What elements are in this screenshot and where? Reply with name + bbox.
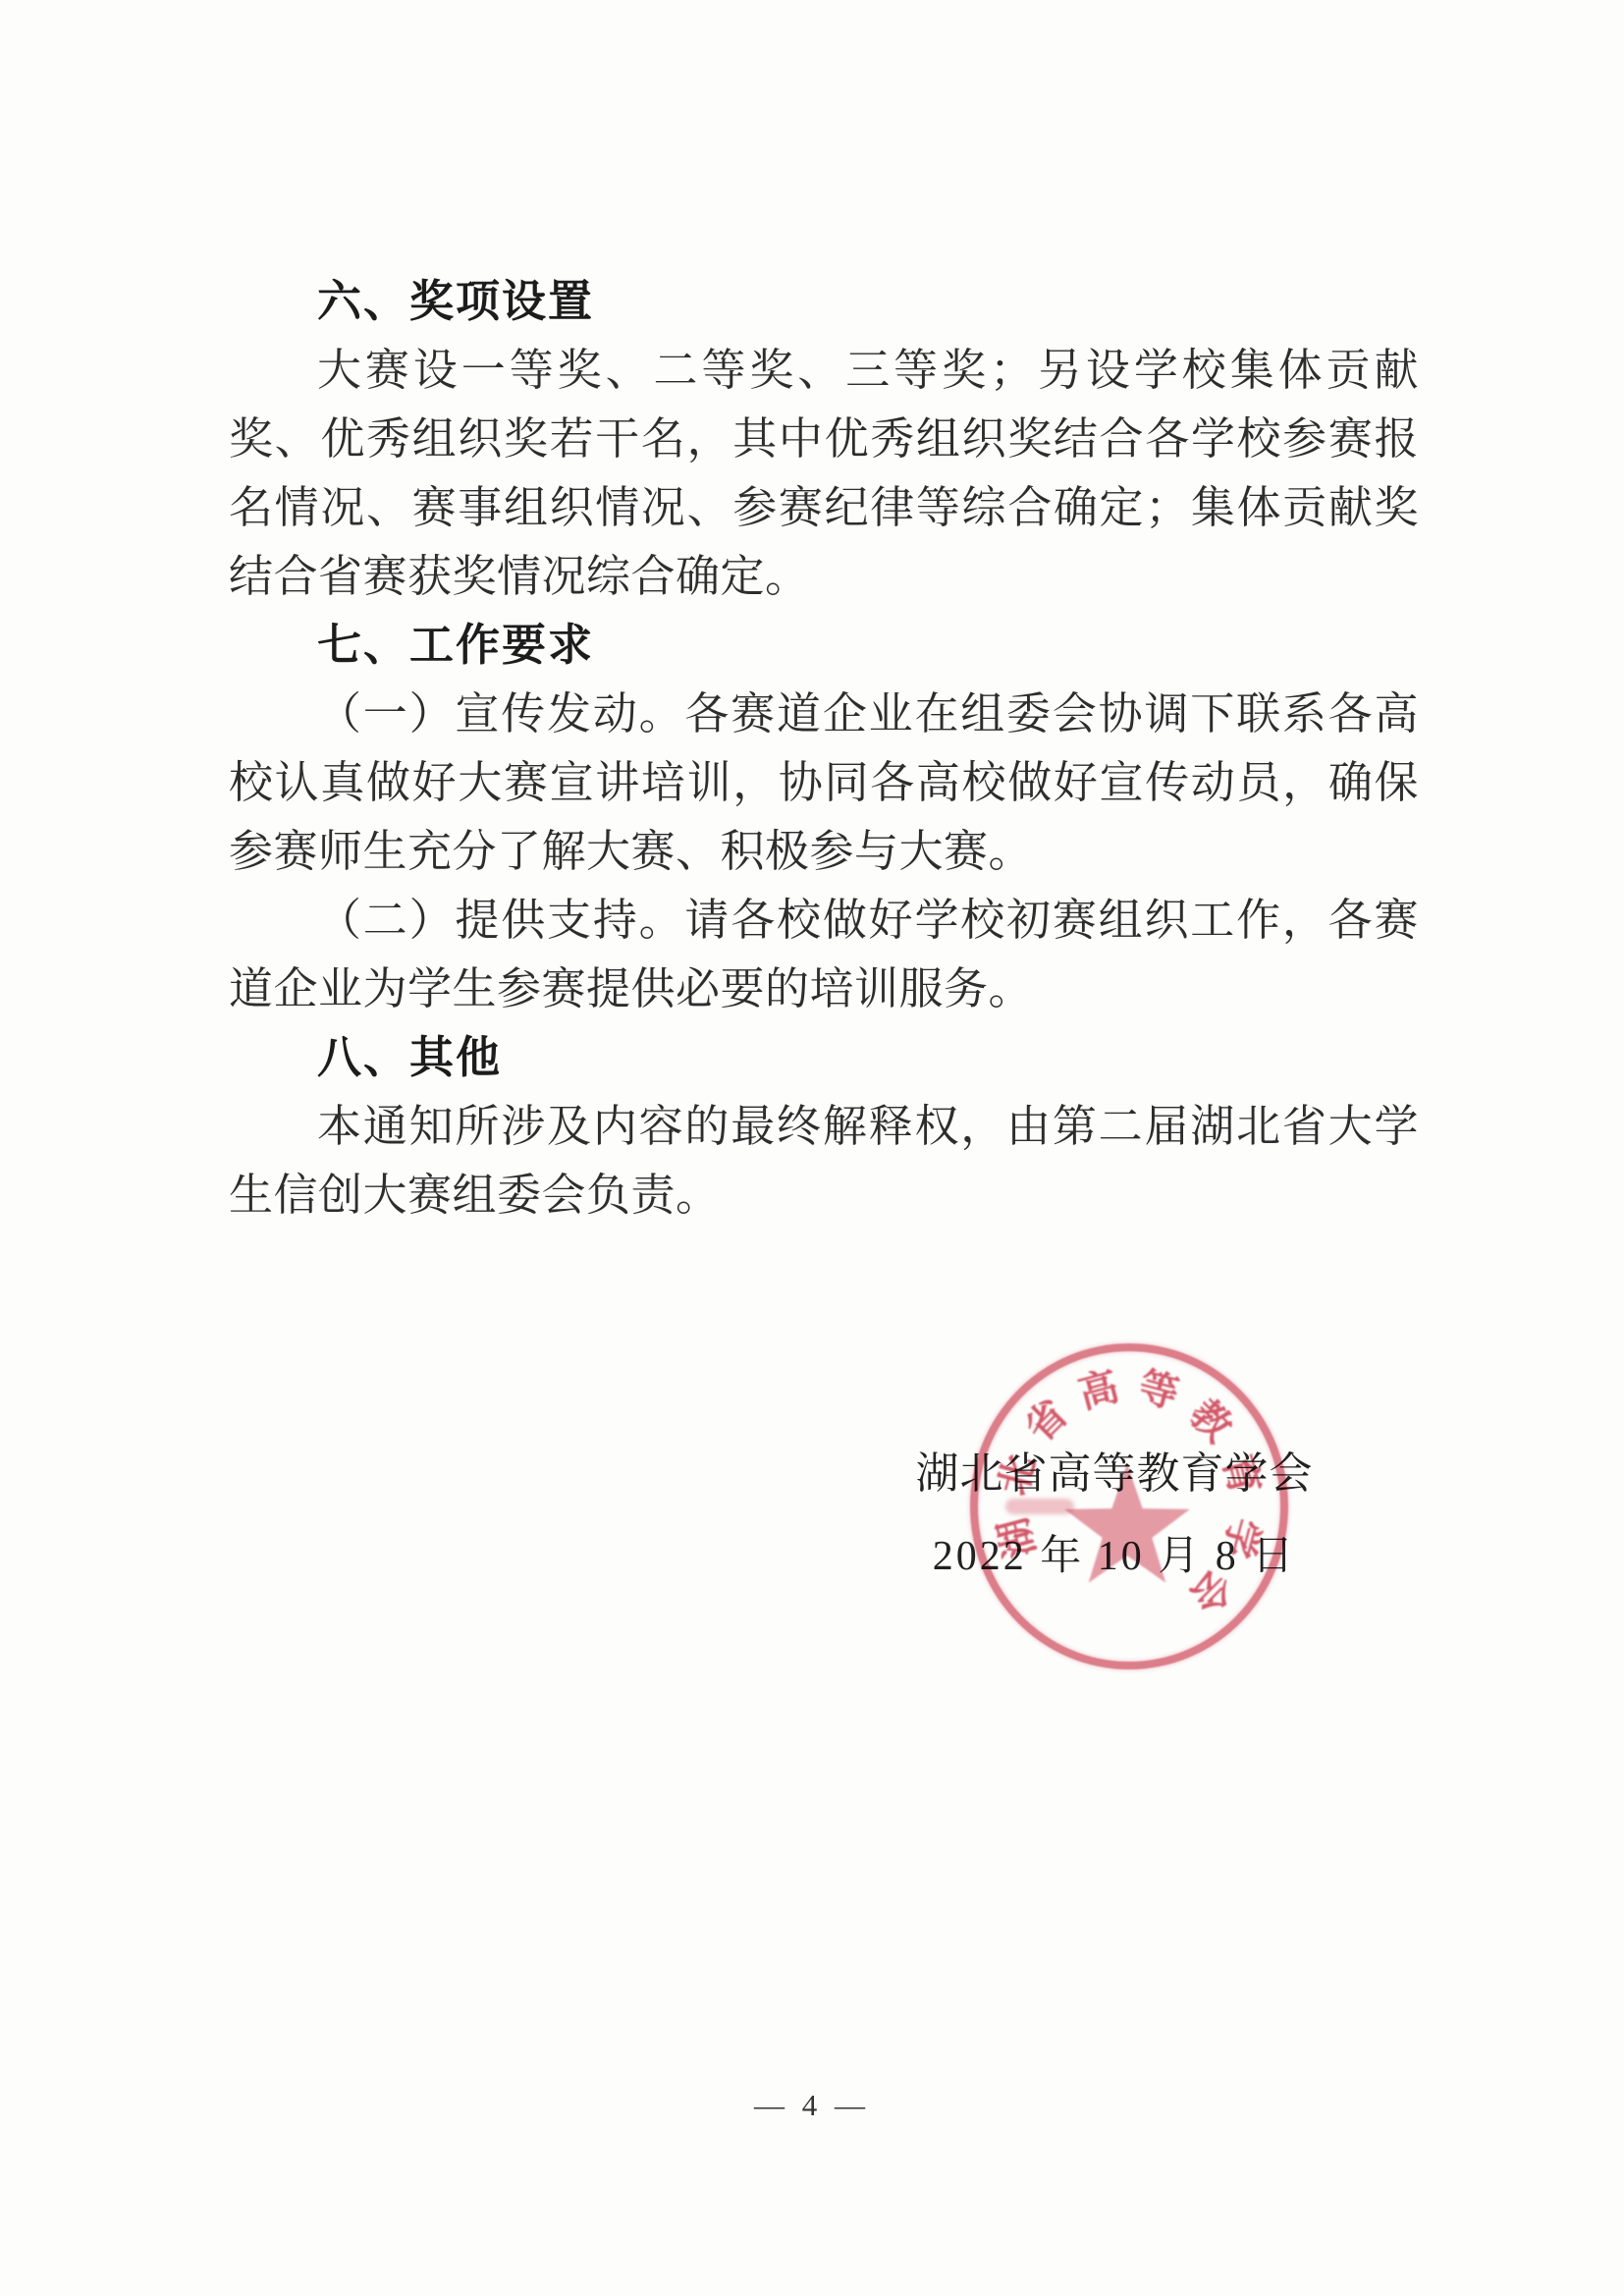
signature-block: 湖北省高等教育学会 2022 年 10 月 8 日 xyxy=(889,1451,1340,1578)
paragraph-other: 本通知所涉及内容的最终解释权，由第二届湖北省大学生信创大赛组委会负责。 xyxy=(229,1092,1419,1230)
paragraph-awards: 大赛设一等奖、二等奖、三等奖；另设学校集体贡献奖、优秀组织奖若干名，其中优秀组织… xyxy=(229,336,1419,611)
seal-arc-char: 高 xyxy=(1072,1364,1125,1417)
section-heading-awards: 六、奖项设置 xyxy=(229,267,1419,336)
paragraph-work-requirement-2: （二）提供支持。请各校做好学校初赛组织工作，各赛道企业为学生参赛提供必要的培训服… xyxy=(229,886,1419,1023)
document-body: 六、奖项设置 大赛设一等奖、二等奖、三等奖；另设学校集体贡献奖、优秀组织奖若干名… xyxy=(229,267,1419,1230)
seal-arc-char: 等 xyxy=(1132,1364,1185,1417)
signature-date: 2022 年 10 月 8 日 xyxy=(889,1535,1340,1578)
signature-organization: 湖北省高等教育学会 xyxy=(889,1451,1340,1497)
section-heading-other: 八、其他 xyxy=(229,1023,1419,1092)
seal-arc-char: 教 xyxy=(1180,1391,1241,1451)
page-number: — 4 — xyxy=(754,2086,870,2125)
document-page: 六、奖项设置 大赛设一等奖、二等奖、三等奖；另设学校集体贡献奖、优秀组织奖若干名… xyxy=(0,0,1624,2296)
paragraph-work-requirement-1: （一）宣传发动。各赛道企业在组委会协调下联系各高校认真做好大赛宣讲培训，协同各高… xyxy=(229,680,1419,886)
section-heading-work-requirements: 七、工作要求 xyxy=(229,611,1419,680)
seal-arc-char: 省 xyxy=(1016,1391,1077,1451)
